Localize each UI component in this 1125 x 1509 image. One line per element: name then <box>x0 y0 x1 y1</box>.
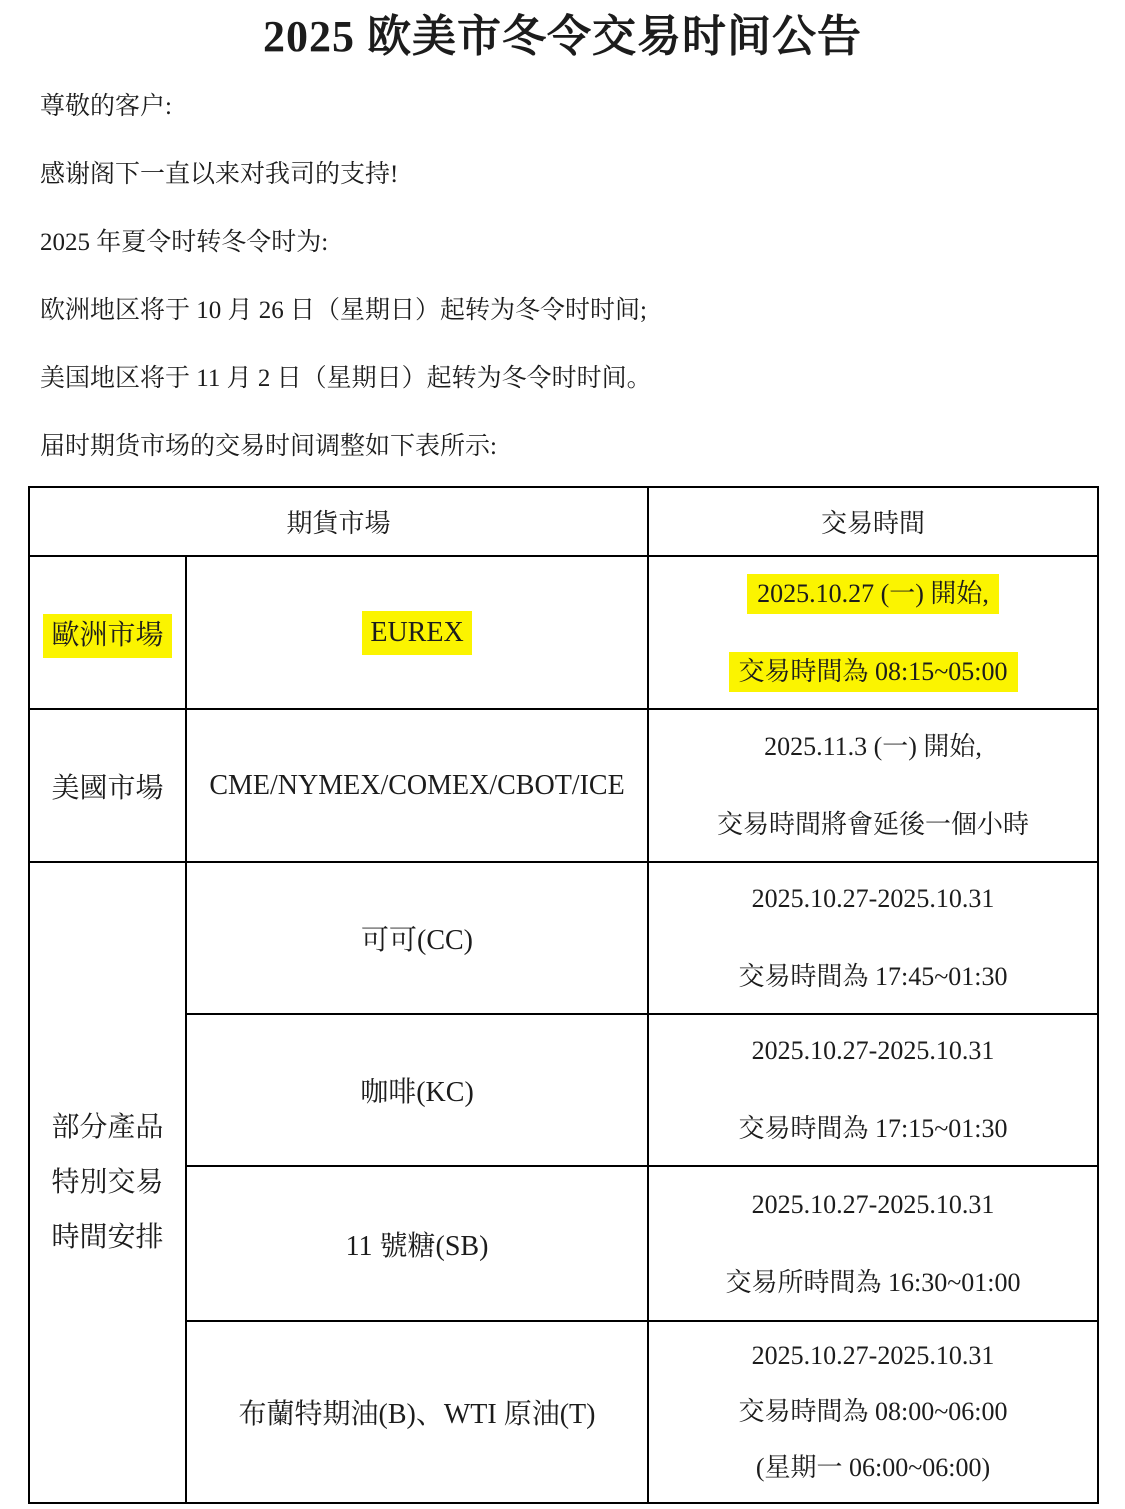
cell-europe-time: 2025.10.27 (一) 開始, 交易時間為 08:15~05:00 <box>648 556 1098 709</box>
coffee-time-line-1: 2025.10.27-2025.10.31 <box>649 1034 1097 1068</box>
cocoa-time-line-1: 2025.10.27-2025.10.31 <box>649 882 1097 916</box>
paragraph-thanks: 感谢阁下一直以来对我司的支持! <box>40 160 1125 190</box>
cell-coffee-time: 2025.10.27-2025.10.31 交易時間為 17:15~01:30 <box>648 1014 1098 1166</box>
table-row-crude-oil: 布蘭特期油(B)、WTI 原油(T) 2025.10.27-2025.10.31… <box>29 1321 1098 1503</box>
paragraph-europe-date: 欧洲地区将于 10 月 26 日（星期日）起转为冬令时时间; <box>40 296 1125 326</box>
special-group-line-1: 部分產品 <box>30 1100 185 1155</box>
table-header-row: 期貨市場 交易時間 <box>29 487 1098 556</box>
us-time-line-1: 2025.11.3 (一) 開始, <box>649 730 1097 764</box>
paragraph-dst-intro: 2025 年夏令时转冬令时为: <box>40 228 1125 258</box>
cell-cocoa-time: 2025.10.27-2025.10.31 交易時間為 17:45~01:30 <box>648 862 1098 1014</box>
cell-us-exchanges: CME/NYMEX/COMEX/CBOT/ICE <box>186 709 648 862</box>
paragraph-us-date: 美国地区将于 11 月 2 日（星期日）起转为冬令时时间。 <box>40 364 1125 394</box>
us-time-line-2: 交易時間將會延後一個小時 <box>649 808 1097 842</box>
crude-time-line-3: (星期一 06:00~06:00) <box>649 1451 1097 1485</box>
special-group-line-3: 時間安排 <box>30 1210 185 1265</box>
cell-europe-market: 歐洲市場 <box>29 556 186 709</box>
table-row-sugar: 11 號糖(SB) 2025.10.27-2025.10.31 交易所時間為 1… <box>29 1166 1098 1321</box>
cell-crude-oil-time: 2025.10.27-2025.10.31 交易時間為 08:00~06:00 … <box>648 1321 1098 1503</box>
cell-us-market: 美國市場 <box>29 709 186 862</box>
eurex-highlight: EUREX <box>362 611 471 655</box>
paragraph-salutation: 尊敬的客户: <box>40 92 1125 122</box>
cell-crude-oil: 布蘭特期油(B)、WTI 原油(T) <box>186 1321 648 1503</box>
document-page: 2025 欧美市冬令交易时间公告 尊敬的客户: 感谢阁下一直以来对我司的支持! … <box>0 0 1125 1509</box>
crude-time-line-1: 2025.10.27-2025.10.31 <box>649 1339 1097 1373</box>
table-row-european-market: 歐洲市場 EUREX 2025.10.27 (一) 開始, 交易時間為 08:1… <box>29 556 1098 709</box>
page-title: 2025 欧美市冬令交易时间公告 <box>0 8 1125 66</box>
cell-special-products-group: 部分產品 特別交易 時間安排 <box>29 862 186 1503</box>
header-trading-time: 交易時間 <box>648 487 1098 556</box>
cell-eurex: EUREX <box>186 556 648 709</box>
paragraph-table-intro: 届时期货市场的交易时间调整如下表所示: <box>40 432 1125 462</box>
trading-hours-table: 期貨市場 交易時間 歐洲市場 EUREX 2025.10.27 (一) 開始, … <box>28 486 1099 1504</box>
header-futures-market: 期貨市場 <box>29 487 648 556</box>
sugar-time-line-2: 交易所時間為 16:30~01:00 <box>649 1266 1097 1300</box>
coffee-time-line-2: 交易時間為 17:15~01:30 <box>649 1112 1097 1146</box>
special-group-line-2: 特別交易 <box>30 1155 185 1210</box>
sugar-time-line-1: 2025.10.27-2025.10.31 <box>649 1188 1097 1222</box>
europe-time-line-2: 交易時間為 08:15~05:00 <box>729 652 1018 692</box>
table-row-coffee: 咖啡(KC) 2025.10.27-2025.10.31 交易時間為 17:15… <box>29 1014 1098 1166</box>
cell-sugar: 11 號糖(SB) <box>186 1166 648 1321</box>
table-row-cocoa: 部分產品 特別交易 時間安排 可可(CC) 2025.10.27-2025.10… <box>29 862 1098 1014</box>
crude-time-line-2: 交易時間為 08:00~06:00 <box>649 1395 1097 1429</box>
cell-cocoa: 可可(CC) <box>186 862 648 1014</box>
cell-sugar-time: 2025.10.27-2025.10.31 交易所時間為 16:30~01:00 <box>648 1166 1098 1321</box>
cell-us-time: 2025.11.3 (一) 開始, 交易時間將會延後一個小時 <box>648 709 1098 862</box>
table-row-us-market: 美國市場 CME/NYMEX/COMEX/CBOT/ICE 2025.11.3 … <box>29 709 1098 862</box>
cocoa-time-line-2: 交易時間為 17:45~01:30 <box>649 960 1097 994</box>
europe-market-highlight: 歐洲市場 <box>43 614 171 658</box>
cell-coffee: 咖啡(KC) <box>186 1014 648 1166</box>
europe-time-line-1: 2025.10.27 (一) 開始, <box>747 574 999 614</box>
